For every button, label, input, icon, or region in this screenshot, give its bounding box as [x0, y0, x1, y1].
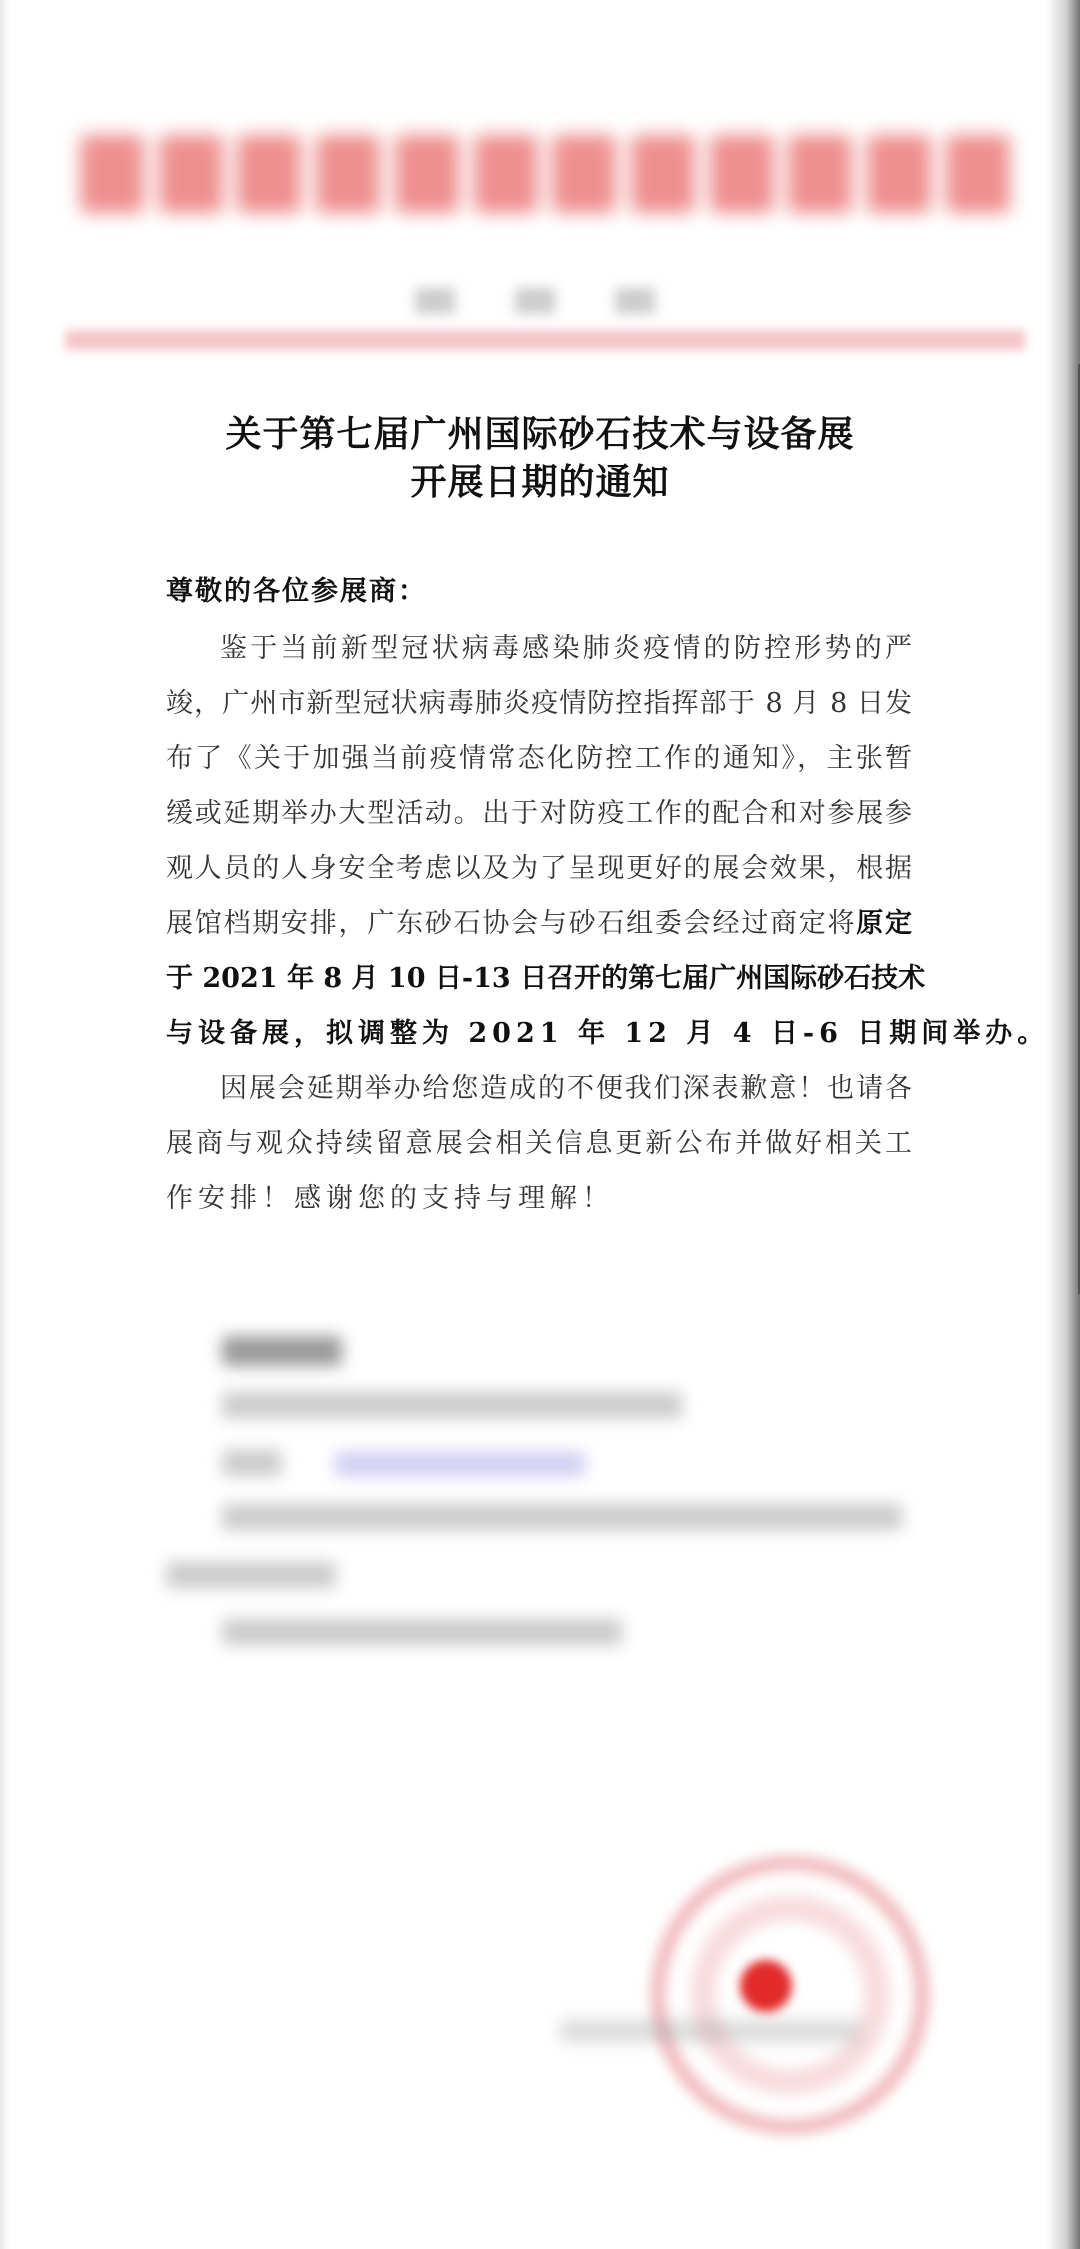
signature-date-blurred [560, 2020, 860, 2042]
seal-star-icon [740, 1960, 792, 2012]
highlight-new-schedule: 与设备展，拟调整为 2021 年 12 月 4 日-6 日期间举办。 [166, 1011, 912, 1051]
contact-label-blurred [222, 1450, 282, 1476]
highlight-original-schedule: 于 2021 年 8 月 10 日-13 日召开的第七届广州国际砂石技术 [166, 956, 912, 996]
contact-address-blurred [222, 1504, 902, 1530]
salutation: 尊敬的各位参展商： [166, 569, 427, 608]
contact-phone-blurred [222, 1619, 622, 1645]
paragraph1-line-mixed: 展馆档期安排，广东砂石协会与砂石组委会经过商定将原定 [166, 901, 912, 941]
contact-section-blurred [0, 1294, 1080, 2249]
contact-address-cont-blurred [166, 1562, 336, 1588]
paragraph2-line: 作安排！感谢您的支持与理解！ [166, 1176, 912, 1216]
paragraph1-line: 布了《关于加强当前疫情常态化防控工作的通知》，主张暂 [166, 736, 912, 776]
paragraph2-line: 因展会延期举办给您造成的不便我们深表歉意！也请各 [220, 1066, 912, 1106]
letterhead-red-rule [65, 330, 1025, 350]
notice-title-line1: 关于第七届广州国际砂石技术与设备展 [0, 406, 1080, 457]
contact-line-blurred [222, 1392, 682, 1418]
page-edge-shadow-left [0, 0, 10, 2249]
paragraph1-line6-text: 展馆档期安排，广东砂石协会与砂石组委会经过商定将 [166, 908, 856, 939]
contact-email-link-blurred [335, 1452, 585, 1476]
paragraph1-line: 竣，广州市新型冠状病毒肺炎疫情防控指挥部于 8 月 8 日发 [166, 681, 912, 721]
paragraph1-line: 缓或延期举办大型活动。出于对防疫工作的配合和对参展参 [166, 791, 912, 831]
contact-heading-blurred [222, 1336, 342, 1366]
page-edge-shadow-right [1046, 0, 1080, 2249]
notice-title-line2: 开展日期的通知 [0, 454, 1080, 505]
highlight-original-date: 原定 [856, 908, 912, 939]
paragraph1-line: 观人员的人身安全考虑以及为了呈现更好的展会效果，根据 [166, 846, 912, 886]
document-number-blurred [415, 288, 655, 318]
paragraph1-line: 鉴于当前新型冠状病毒感染肺炎疫情的防控形势的严 [220, 626, 912, 666]
letterhead-company-name-blurred [80, 135, 1010, 215]
letterhead-blurred [0, 0, 1080, 364]
paragraph2-line: 展商与观众持续留意展会相关信息更新公布并做好相关工 [166, 1121, 912, 1161]
notice-document: 关于第七届广州国际砂石技术与设备展 开展日期的通知 尊敬的各位参展商： 鉴于当前… [0, 364, 1080, 1294]
